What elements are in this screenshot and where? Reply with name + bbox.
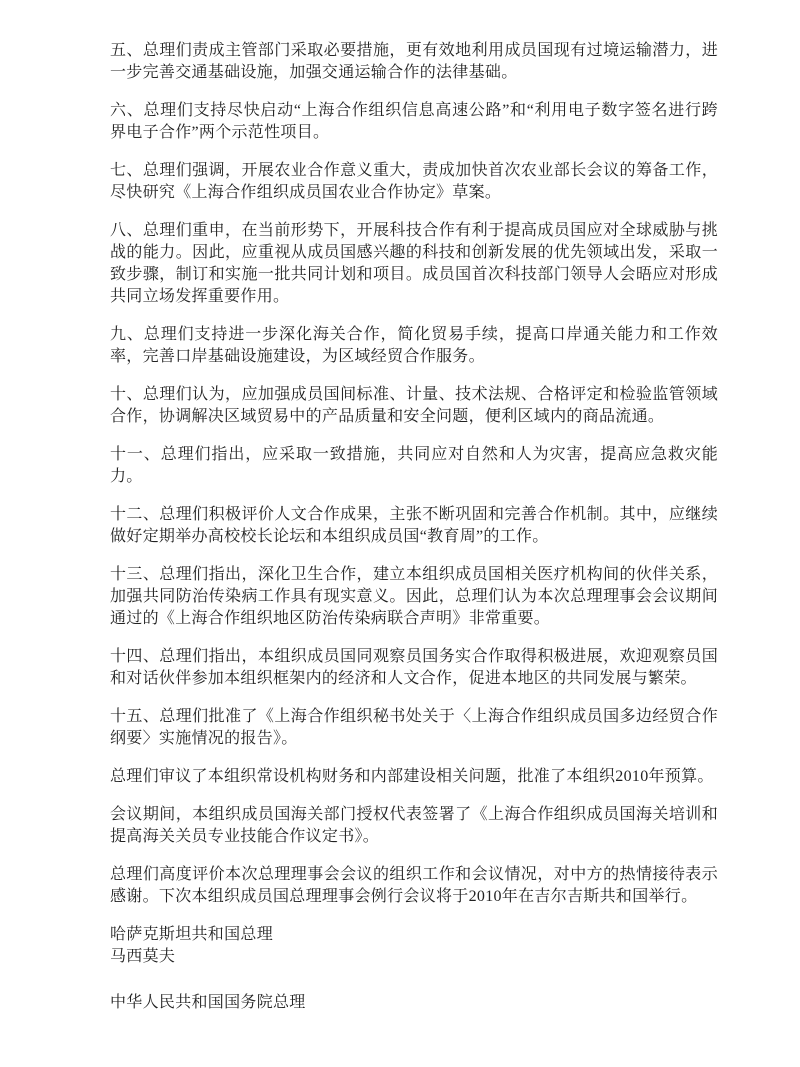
paragraph-closing-thanks: 总理们高度评价本次总理理事会会议的组织工作和会议情况，对中方的热情接待表示感谢。…	[110, 864, 718, 908]
paragraph-item-10: 十、总理们认为，应加强成员国间标准、计量、技术法规、合格评定和检验监管领域合作，…	[110, 384, 718, 428]
document-page: 五、总理们责成主管部门采取必要措施，更有效地利用成员国现有过境运输潜力，进一步完…	[0, 0, 800, 1067]
paragraph-item-15: 十五、总理们批准了《上海合作组织秘书处关于〈上海合作组织成员国多边经贸合作纲要〉…	[110, 706, 718, 750]
paragraph-item-9: 九、总理们支持进一步深化海关合作，简化贸易手续，提高口岸通关能力和工作效率，完善…	[110, 324, 718, 368]
paragraph-item-8: 八、总理们重申，在当前形势下，开展科技合作有利于提高成员国应对全球威胁与挑战的能…	[110, 220, 718, 308]
paragraph-item-11: 十一、总理们指出，应采取一致措施，共同应对自然和人为灾害，提高应急救灾能力。	[110, 444, 718, 488]
paragraph-item-14: 十四、总理们指出，本组织成员国同观察员国务实合作取得积极进展，欢迎观察员国和对话…	[110, 646, 718, 690]
signature-block-kazakhstan: 哈萨克斯坦共和国总理 马西莫夫	[110, 924, 718, 968]
paragraph-item-13: 十三、总理们指出，深化卫生合作，建立本组织成员国相关医疗机构间的伙伴关系，加强共…	[110, 564, 718, 630]
signature-block-china: 中华人民共和国国务院总理	[110, 992, 718, 1014]
paragraph-item-5: 五、总理们责成主管部门采取必要措施，更有效地利用成员国现有过境运输潜力，进一步完…	[110, 40, 718, 84]
paragraph-budget-review: 总理们审议了本组织常设机构财务和内部建设相关问题，批准了本组织2010年预算。	[110, 766, 718, 788]
paragraph-item-6: 六、总理们支持尽快启动“上海合作组织信息高速公路”和“利用电子数字签名进行跨界电…	[110, 100, 718, 144]
paragraph-item-12: 十二、总理们积极评价人文合作成果，主张不断巩固和完善合作机制。其中，应继续做好定…	[110, 504, 718, 548]
signature-title-china: 中华人民共和国国务院总理	[110, 992, 718, 1014]
paragraph-item-7: 七、总理们强调，开展农业合作意义重大，责成加快首次农业部长会议的筹备工作，尽快研…	[110, 160, 718, 204]
signature-title-kazakhstan: 哈萨克斯坦共和国总理	[110, 924, 718, 946]
document-body: 五、总理们责成主管部门采取必要措施，更有效地利用成员国现有过境运输潜力，进一步完…	[110, 40, 718, 1030]
paragraph-customs-protocol: 会议期间，本组织成员国海关部门授权代表签署了《上海合作组织成员国海关培训和提高海…	[110, 804, 718, 848]
signature-name-kazakhstan: 马西莫夫	[110, 946, 718, 968]
